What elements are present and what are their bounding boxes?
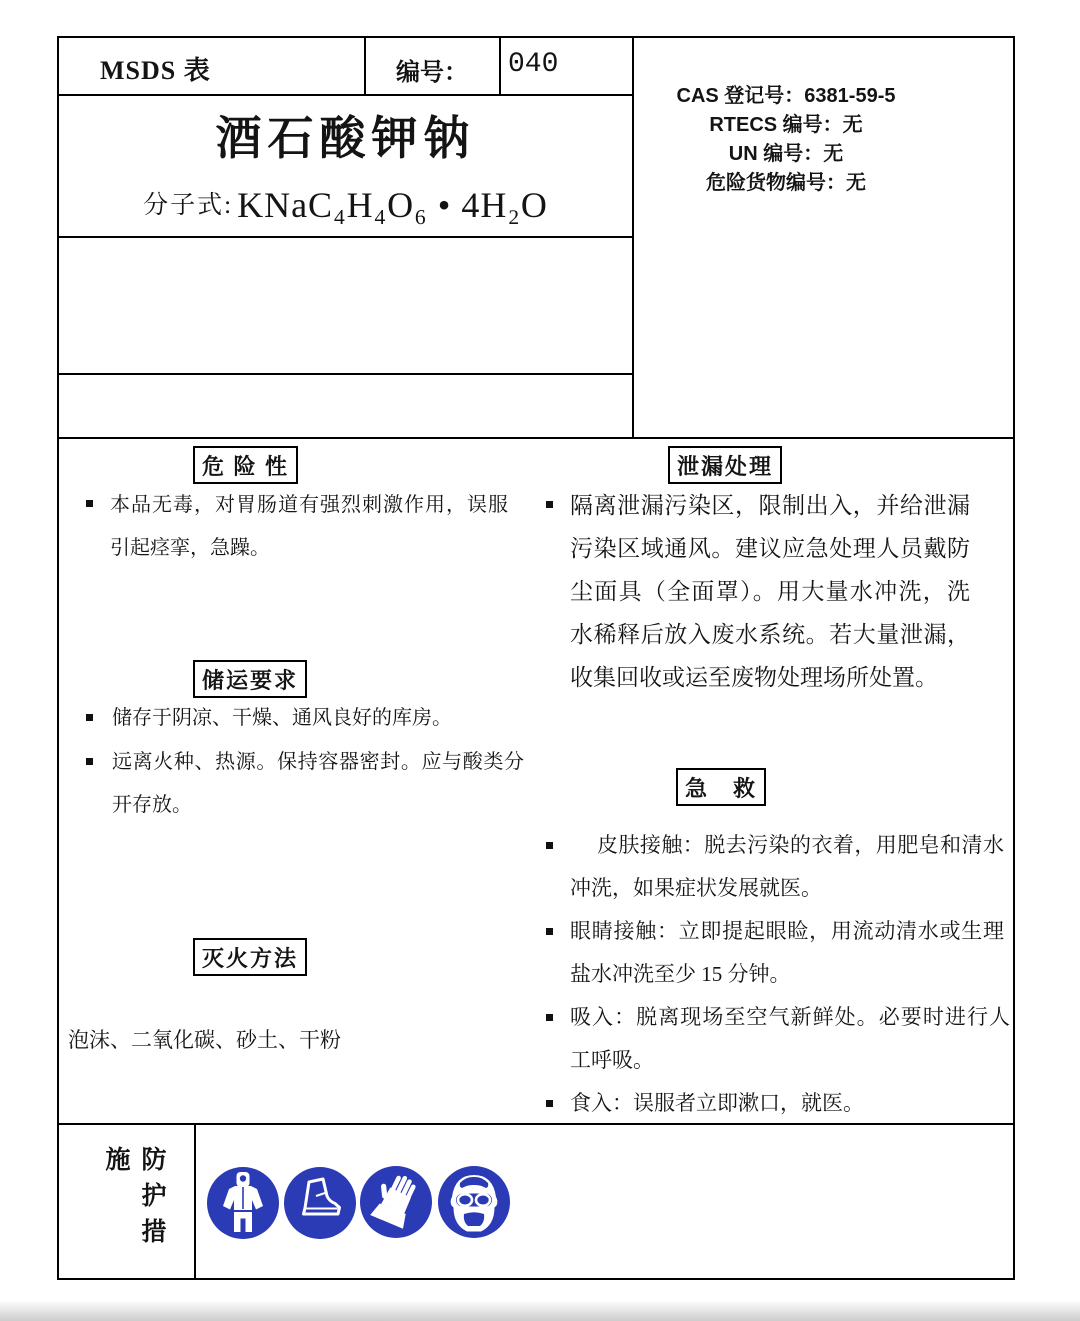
cas-number-line: CAS 登记号：6381-59-5 — [640, 82, 932, 111]
bullet-marker — [86, 758, 93, 765]
protection-measures-label: 防护措施 — [97, 1146, 169, 1276]
grid-line-main-top — [57, 437, 1015, 439]
formula-row: 分子式: KNaC₄H₄O₆ • 4H₂O — [57, 184, 634, 226]
first-aid-item: 食入：误服者立即漱口，就医。 — [570, 1082, 1010, 1125]
msds-form-label: MSDS 表 — [100, 50, 211, 87]
un-number-line: UN 编号：无 — [640, 140, 932, 169]
bullet-marker — [86, 500, 93, 507]
scan-edge-shadow — [0, 1300, 1080, 1321]
grid-line-protection-divider — [194, 1123, 196, 1280]
storage-section-title: 储运要求 — [193, 660, 307, 698]
fire-section-title: 灭火方法 — [193, 938, 307, 976]
protective-gloves-icon — [358, 1164, 434, 1240]
grid-line-header-bottom — [57, 94, 634, 96]
storage-item: 储存于阴凉、干燥、通风良好的库房。 — [112, 697, 552, 740]
safety-boots-icon — [282, 1165, 358, 1241]
msds-document: MSDS 表 编号： 040 酒石酸钾钠 分子式: KNaC₄H₄O₆ • 4H… — [0, 0, 1080, 1321]
fire-method-text: 泡沫、二氧化碳、砂土、干粉 — [68, 1019, 538, 1062]
grid-line-v1 — [364, 36, 366, 96]
safety-goggles-icon — [436, 1164, 512, 1240]
grid-line-v2 — [499, 36, 501, 96]
dangerous-goods-number-line: 危险货物编号：无 — [640, 169, 932, 198]
bullet-marker — [546, 1100, 553, 1107]
grid-line-empty-divider — [57, 373, 634, 375]
bullet-marker — [546, 842, 553, 849]
bullet-marker — [546, 1014, 553, 1021]
first-aid-section-title: 急 救 — [676, 768, 766, 806]
first-aid-item: 皮肤接触：脱去污染的衣着，用肥皂和清水冲洗，如果症状发展就医。 — [570, 824, 1004, 910]
first-aid-item: 眼睛接触：立即提起眼睑，用流动清水或生理盐水冲洗至少 15 分钟。 — [570, 910, 1004, 996]
bullet-marker — [546, 928, 553, 935]
bullet-marker — [86, 714, 93, 721]
leak-section-title: 泄漏处理 — [668, 446, 782, 484]
protective-suit-icon — [205, 1165, 281, 1241]
hazard-section-title: 危 险 性 — [193, 446, 298, 484]
doc-number-label: 编号： — [396, 52, 468, 87]
leak-item: 隔离泄漏污染区，限制出入，并给泄漏污染区域通风。建议应急处理人员戴防尘面具（全面… — [570, 484, 970, 699]
grid-line-title-bottom — [57, 236, 634, 238]
storage-item: 远离火种、热源。保持容器密封。应与酸类分开存放。 — [112, 741, 524, 827]
formula-label: 分子式: — [143, 192, 233, 219]
doc-number-value: 040 — [508, 49, 558, 80]
formula-value: KNaC₄H₄O₆ • 4H₂O — [237, 185, 548, 225]
chemical-name-title: 酒石酸钾钠 — [57, 102, 634, 168]
registry-info: CAS 登记号：6381-59-5 RTECS 编号：无 UN 编号：无 危险货… — [640, 82, 932, 198]
bullet-marker — [546, 501, 553, 508]
grid-line-registry-left — [632, 36, 634, 439]
first-aid-item: 吸入：脱离现场至空气新鲜处。必要时进行人工呼吸。 — [570, 996, 1010, 1082]
rtecs-number-line: RTECS 编号：无 — [640, 111, 932, 140]
hazard-item: 本品无毒，对胃肠道有强烈刺激作用，误服引起痉挛，急躁。 — [110, 484, 508, 570]
